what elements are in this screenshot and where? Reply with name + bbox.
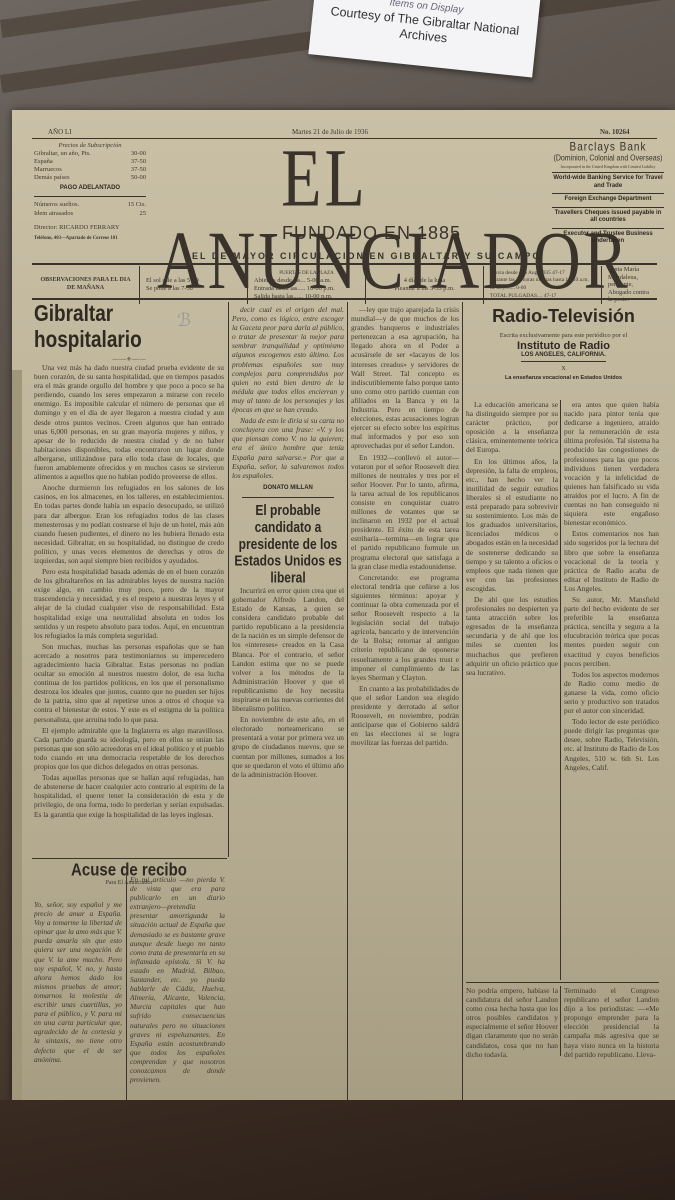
year-label: AÑO LI	[48, 128, 72, 137]
radio-paragraph: La educación americana se ha distinguido…	[466, 400, 558, 455]
subscription-row: Demás países50-00	[34, 174, 146, 182]
newspaper-page: AÑO LI Martes 21 de Julio de 1936 No. 10…	[12, 110, 675, 1100]
radio-paragraph: Estos comentarios nos han sido sugeridos…	[564, 529, 659, 593]
moon-phase: 4 días de la luna	[372, 277, 477, 285]
section-rule	[32, 858, 227, 859]
radio-location: LOS ANGELES, CALIFORNIA.	[466, 352, 661, 358]
back-issue-price: Idem atrasados 25	[34, 209, 146, 218]
hospitalario-paragraph: El ejemplo admirable que la Inglaterra e…	[34, 726, 224, 771]
bank-service: World-wide Banking Service for Travel an…	[552, 172, 664, 190]
masthead-rule	[32, 263, 657, 265]
column-rule	[228, 302, 229, 857]
acuse-col1: Yo, señor, soy español y me precio de am…	[34, 900, 122, 1120]
article-wallstreet: —ley que trajo aparejada la crisis mundi…	[351, 305, 459, 1180]
continuation-paragraph: Nada de esto le diría si su carta no con…	[232, 416, 344, 480]
radio-paragraph: Todo lector de este periódico puede diri…	[564, 717, 659, 772]
radio-col2: era antes que quien había nacido para pi…	[564, 400, 659, 980]
single-issue-price: Números sueltos. 15 Cts.	[34, 200, 146, 209]
continuation-body: decir cual es el origen del mal. Pero, c…	[232, 305, 344, 480]
issue-number: No. 10264	[600, 128, 630, 137]
radio-col2-body: era antes que quien había nacido para pi…	[564, 400, 659, 772]
hospitalario-paragraph: Una vez más ha dado nuestra ciudad prueb…	[34, 363, 224, 481]
back-issue-value: 25	[140, 209, 147, 218]
gates-entry: Entrada hasta las..... 10-00 p.m.	[254, 285, 359, 293]
hospitalario-paragraph: Todas aquellas personas que se hallan aq…	[34, 773, 224, 818]
sunset: Se pone a las 7-30	[146, 285, 241, 293]
wood-surface	[0, 1100, 675, 1200]
rain-24h: Durante las 24 horas últimas hasta las 1…	[490, 277, 595, 292]
bank-services: World-wide Banking Service for Travel an…	[552, 172, 664, 246]
hospitalario-paragraph: Anoche durmieron los refugiados en los s…	[34, 483, 224, 565]
wallstreet-body: —ley que trajo aparejada la crisis mundi…	[351, 305, 459, 748]
payment-note: PAGO ADELANTADO	[34, 184, 146, 193]
bank-subtitle: (Dominion, Colonial and Overseas)	[552, 154, 664, 162]
subscription-title: Precios de Subscripción	[34, 141, 146, 150]
display-card: MUSEUM Items on Display Courtesy of The …	[308, 0, 540, 78]
radio-col1: La educación americana se ha distinguido…	[466, 400, 558, 980]
acuse-col2: En mi artículo —no pierda V. de vista qu…	[130, 875, 225, 1125]
subscription-box: Precios de Subscripción Gibraltar, un añ…	[34, 141, 146, 244]
subscription-row: Gibraltar, un año, Pts.30-00	[34, 150, 146, 158]
candidato-paragraph: Incurrirá en error quien crea que el gob…	[232, 586, 344, 713]
single-issue-value: 15 Cts.	[128, 200, 146, 209]
radio-paragraph: Su autor, Mr. Mansfield parte del hecho …	[564, 595, 659, 668]
back-issue-label: Idem atrasados	[34, 209, 73, 218]
wallstreet-paragraph: —ley que trajo aparejada la crisis mundi…	[351, 305, 459, 451]
radio-col1-body: La educación americana se ha distinguido…	[466, 400, 558, 677]
landon-note: No podría empero, habíase la candidatura…	[466, 986, 558, 1059]
gates-open: Abiertas desde las... 5-00 a.m.	[254, 277, 359, 285]
bank-incorporated: Incorporated in the United Kingdom with …	[552, 164, 664, 169]
director: Director: RICARDO FERRARY	[34, 223, 146, 232]
gates-title: PUERTAS DE LA PLAZA	[254, 270, 359, 278]
motto: EL DE MAYOR CIRCULACION EN GIBRALTAR Y S…	[192, 251, 541, 261]
hospitalario-paragraph: Son muchas, muchas las personas española…	[34, 642, 224, 724]
candidato-paragraph: En noviembre de este año, en el electora…	[232, 715, 344, 779]
column-rule	[347, 302, 348, 1182]
radio-byline: Escrita exclusivamente para este periódi…	[466, 331, 661, 340]
bank-service: Executor and Trustee Business undertaken	[552, 228, 664, 246]
article-hospitalario: Gibraltar hospitalario —·—⚜—·— Una vez m…	[34, 302, 224, 821]
radio-paragraph: De ahí que los estudios profesionales no…	[466, 595, 558, 677]
radio-paragraph: era antes que quien había nacido para pi…	[564, 400, 659, 527]
section-mark: X	[466, 365, 661, 374]
article-radio: Radio-Televisión Escrita exclusivamente …	[466, 302, 661, 383]
sunrise: El sol sale a las 5-19	[146, 277, 241, 285]
headline-radio: Radio-Televisión	[466, 306, 661, 327]
wallstreet-paragraph: En cuanto a las probabilidades de que el…	[351, 684, 459, 748]
radio-subhead: La enseñanza vocacional en Estados Unido…	[466, 374, 661, 383]
column-rule	[462, 302, 463, 1182]
section-rule	[466, 982, 659, 983]
barclays-ad: Barclays Bank (Dominion, Colonial and Ov…	[552, 142, 664, 246]
signature: DONATO MILLAN	[232, 484, 344, 493]
column-rule	[560, 986, 561, 1056]
subscription-row: España37-50	[34, 158, 146, 166]
wallstreet-paragraph: En 1932—conllevó el autor—votaron por el…	[351, 453, 459, 571]
column-rule	[126, 875, 127, 1125]
torn-edge	[12, 370, 22, 1130]
radio-institute: Instituto de Radio	[466, 340, 661, 352]
subscription-row: Marruecos37-50	[34, 166, 146, 174]
hospitalario-paragraph: Pero esta hospitalidad basada además de …	[34, 567, 224, 640]
subscription-rows: Gibraltar, un año, Pts.30-00España37-50M…	[34, 150, 146, 182]
radio-paragraph: En los últimos años, la depresión, la fa…	[466, 457, 558, 593]
bank-service: Foreign Exchange Department	[552, 193, 664, 204]
hospitalario-body: Una vez más ha dado nuestra ciudad prueb…	[34, 363, 224, 819]
headline-hospitalario: Gibraltar hospitalario	[34, 302, 224, 355]
single-issue-label: Números sueltos.	[34, 200, 79, 209]
column-rule	[560, 400, 561, 980]
continuation-paragraph: decir cual es el origen del mal. Pero, c…	[232, 305, 344, 414]
bank-service: Travellers Cheques issued payable in all…	[552, 207, 664, 225]
rain-since: Lluvia desde el 6 Aug. 1935 47-17	[490, 270, 595, 278]
landon-congress: Terminado el Congreso republicano el señ…	[564, 986, 659, 1059]
pencil-annotation: ℬ	[177, 310, 191, 331]
article-continuation: decir cual es el origen del mal. Pero, c…	[232, 305, 344, 781]
bank-name: Barclays Bank	[552, 141, 664, 154]
headline-candidato: El probable candidato a presidente de lo…	[232, 502, 344, 586]
radio-paragraph: Todos los aspectos modernos de Radio com…	[564, 670, 659, 715]
candidato-body: Incurrirá en error quien crea que el gob…	[232, 586, 344, 779]
wallstreet-paragraph: Concretando: ese programa electoral tend…	[351, 573, 459, 682]
strip-rule	[32, 298, 657, 300]
contact-info: Teléfono, 403—Apartado de Correos 101	[34, 234, 146, 243]
high-tide: Pleamar a las 5-35 p.m.	[372, 285, 477, 293]
founded-line: FUNDADO EN 1885	[282, 223, 461, 244]
